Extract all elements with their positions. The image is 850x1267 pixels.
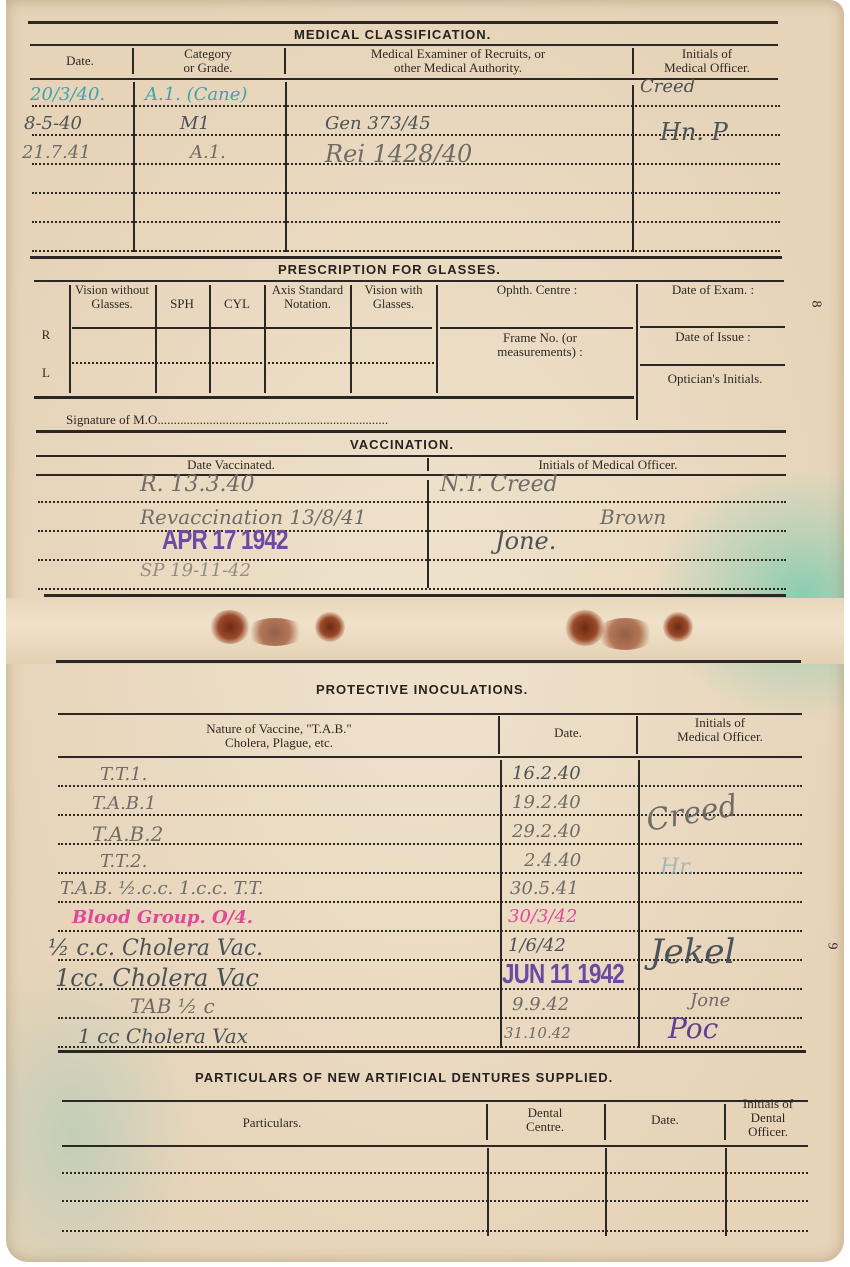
divider	[44, 594, 786, 597]
col-header-sph: SPH	[156, 297, 208, 311]
dotted-line	[38, 501, 786, 503]
divider	[640, 326, 785, 328]
col-header-initials: Initials of Medical Officer.	[430, 458, 786, 472]
page-number: 8	[808, 301, 824, 308]
handwritten-initials: Brown	[600, 505, 666, 529]
divider	[62, 1100, 808, 1102]
col-header-line: Nature of Vaccine, "T.A.B."	[60, 722, 498, 736]
date-issue-label: Date of Issue :	[640, 330, 786, 344]
handwritten-initials: Creed	[640, 76, 695, 97]
handwritten-initials: Hr.	[660, 855, 694, 880]
staple-rust-mark	[595, 618, 655, 650]
col-divider	[636, 716, 638, 754]
col-header-line: Medical Officer.	[638, 730, 802, 744]
col-divider	[500, 760, 502, 1048]
col-header-initials: Initials of Dental Officer.	[726, 1097, 810, 1139]
handwritten-vaccine: 1 cc Cholera Vax	[78, 1024, 248, 1048]
col-divider	[436, 285, 438, 393]
handwritten-vaccine: T.A.B.2	[92, 822, 163, 846]
col-header-date-vaccinated: Date Vaccinated.	[36, 458, 426, 472]
handwritten-category: A.1.	[190, 142, 226, 163]
col-divider	[632, 85, 634, 252]
date-exam-label: Date of Exam. :	[640, 283, 786, 297]
optician-initials-label: Optician's Initials.	[640, 372, 790, 386]
col-header-line: Initials of	[638, 716, 802, 730]
handwritten-date: 30.5.41	[510, 878, 579, 899]
dotted-line	[32, 192, 780, 194]
col-header-line: Dental	[726, 1111, 810, 1125]
col-header-line: Cholera, Plague, etc.	[60, 736, 498, 750]
handwritten-vaccine: TAB ½ c	[130, 994, 215, 1018]
ophth-centre-label: Ophth. Centre :	[440, 283, 634, 297]
handwritten-initials: Jone	[690, 990, 730, 1011]
col-header-dental-centre: Dental Centre.	[486, 1106, 604, 1134]
divider	[72, 327, 432, 329]
handwritten-category: M1	[180, 113, 210, 134]
staple-rust-mark	[245, 618, 305, 646]
divider	[58, 756, 802, 758]
col-divider	[285, 82, 287, 252]
dotted-line	[72, 362, 434, 364]
col-divider	[132, 48, 134, 74]
col-divider	[724, 1104, 726, 1140]
col-header-date: Date.	[606, 1113, 724, 1127]
col-header-line: Initials of	[726, 1097, 810, 1111]
divider	[640, 364, 785, 366]
section-title: PARTICULARS OF NEW ARTIFICIAL DENTURES S…	[195, 1070, 613, 1085]
col-header-cyl: CYL	[210, 297, 264, 311]
col-divider	[604, 1104, 606, 1140]
col-divider	[636, 284, 638, 420]
divider	[34, 396, 634, 399]
row-label-right: R	[36, 328, 56, 342]
dotted-line	[62, 1230, 808, 1232]
col-header-line: other Medical Authority.	[286, 61, 630, 75]
handwritten-date: 9.9.42	[512, 994, 569, 1015]
col-divider	[725, 1148, 727, 1236]
dotted-line	[38, 588, 786, 590]
col-header-line: Initials of	[634, 47, 780, 61]
col-header-line: Medical Examiner of Recruits, or	[286, 47, 630, 61]
row-label-left: L	[36, 366, 56, 380]
handwritten-vaccine: T.A.B. ½.c.c. 1.c.c. T.T.	[60, 878, 264, 899]
handwritten-date: 16.2.40	[512, 763, 581, 784]
handwritten-date: 21.7.41	[22, 142, 91, 163]
col-header-line: Category	[134, 47, 282, 61]
section-title: PROTECTIVE INOCULATIONS.	[316, 682, 528, 697]
dotted-line	[32, 221, 780, 223]
page-number: 9	[824, 943, 840, 950]
col-header-line: Centre.	[486, 1120, 604, 1134]
col-divider	[486, 1104, 488, 1140]
handwritten-date: 8-5-40	[24, 113, 82, 134]
handwritten-vaccine: T.A.B.1	[92, 793, 156, 814]
section-title: VACCINATION.	[350, 437, 454, 452]
divider	[36, 430, 786, 433]
dotted-line	[62, 1172, 808, 1174]
handwritten-vaccine: T.T.1.	[100, 764, 147, 785]
handwritten-date: 2.4.40	[524, 850, 581, 871]
col-header-date: Date.	[30, 54, 130, 68]
handwritten-date: 20/3/40.	[30, 84, 105, 105]
signature-mo-field: Signature of M.O........................…	[66, 413, 586, 427]
dotted-line	[62, 1200, 808, 1202]
handwritten-date: 31.10.42	[504, 1024, 571, 1042]
divider	[440, 327, 633, 329]
col-divider	[487, 1148, 489, 1236]
staple-rust-mark	[315, 612, 345, 642]
col-header-vision-without: Vision without Glasses.	[70, 283, 154, 311]
divider	[28, 21, 778, 24]
handwritten-date: 29.2.40	[512, 821, 581, 842]
handwritten-authority: Gen 373/45	[325, 113, 431, 134]
col-header-date: Date.	[500, 726, 636, 740]
staple-rust-mark	[663, 612, 693, 642]
handwritten-date: SP 19-11-42	[140, 560, 251, 581]
dotted-line	[58, 901, 802, 903]
dotted-line	[38, 530, 786, 532]
col-header-line: Dental	[486, 1106, 604, 1120]
handwritten-date: 30/3/42	[508, 906, 577, 927]
frame-no-label: Frame No. (or measurements) :	[480, 331, 600, 359]
handwritten-category: A.1. (Cane)	[145, 84, 247, 105]
divider	[58, 713, 802, 715]
handwritten-vaccine: Blood Group. O/4.	[72, 907, 253, 928]
divider	[56, 660, 801, 663]
col-divider	[427, 458, 429, 471]
handwritten-initials: N.T. Creed	[440, 472, 558, 497]
staple-rust-mark	[210, 610, 250, 644]
section-title: PRESCRIPTION FOR GLASSES.	[278, 262, 501, 277]
col-header-vaccine: Nature of Vaccine, "T.A.B." Cholera, Pla…	[60, 722, 498, 750]
handwritten-date: 1/6/42	[508, 935, 566, 956]
col-header-authority: Medical Examiner of Recruits, or other M…	[286, 47, 630, 75]
divider	[58, 1050, 806, 1053]
col-divider	[605, 1148, 607, 1236]
divider	[30, 256, 782, 259]
date-stamp: APR 17 1942	[162, 524, 288, 556]
date-stamp: JUN 11 1942	[502, 958, 624, 990]
dotted-line	[58, 785, 802, 787]
col-divider	[427, 480, 429, 588]
col-header-initials: Initials of Medical Officer.	[638, 716, 802, 744]
handwritten-date: R. 13.3.40	[140, 472, 255, 497]
handwritten-initials: Jone.	[495, 527, 556, 555]
col-header-vision-with: Vision with Glasses.	[351, 283, 436, 311]
handwritten-initials: Hn. P	[660, 118, 728, 146]
col-divider	[498, 716, 500, 754]
col-header-line: Officer.	[726, 1125, 810, 1139]
col-divider	[638, 760, 640, 1048]
handwritten-vaccine: ½ c.c. Cholera Vac.	[48, 936, 263, 961]
dotted-line	[58, 843, 802, 845]
col-header-line: or Grade.	[134, 61, 282, 75]
section-title: MEDICAL CLASSIFICATION.	[294, 27, 491, 42]
dotted-line	[32, 250, 780, 252]
handwritten-initials: Poc	[668, 1012, 718, 1045]
dotted-line	[32, 105, 780, 107]
col-divider	[632, 48, 634, 74]
divider	[62, 1145, 808, 1147]
col-divider	[284, 48, 286, 74]
col-header-line: Medical Officer.	[634, 61, 780, 75]
col-header-axis: Axis Standard Notation.	[265, 283, 350, 311]
handwritten-initials: Jekel	[650, 932, 735, 972]
col-header-category: Category or Grade.	[134, 47, 282, 75]
handwritten-vaccine: 1cc. Cholera Vac	[55, 964, 259, 992]
handwritten-authority: Rei 1428/40	[325, 140, 472, 168]
page-fold	[6, 598, 844, 664]
handwritten-date: 19.2.40	[512, 792, 581, 813]
handwritten-vaccine: T.T.2.	[100, 851, 147, 872]
col-header-initials: Initials of Medical Officer.	[634, 47, 780, 75]
col-divider	[133, 82, 135, 252]
col-header-particulars: Particulars.	[62, 1116, 482, 1130]
